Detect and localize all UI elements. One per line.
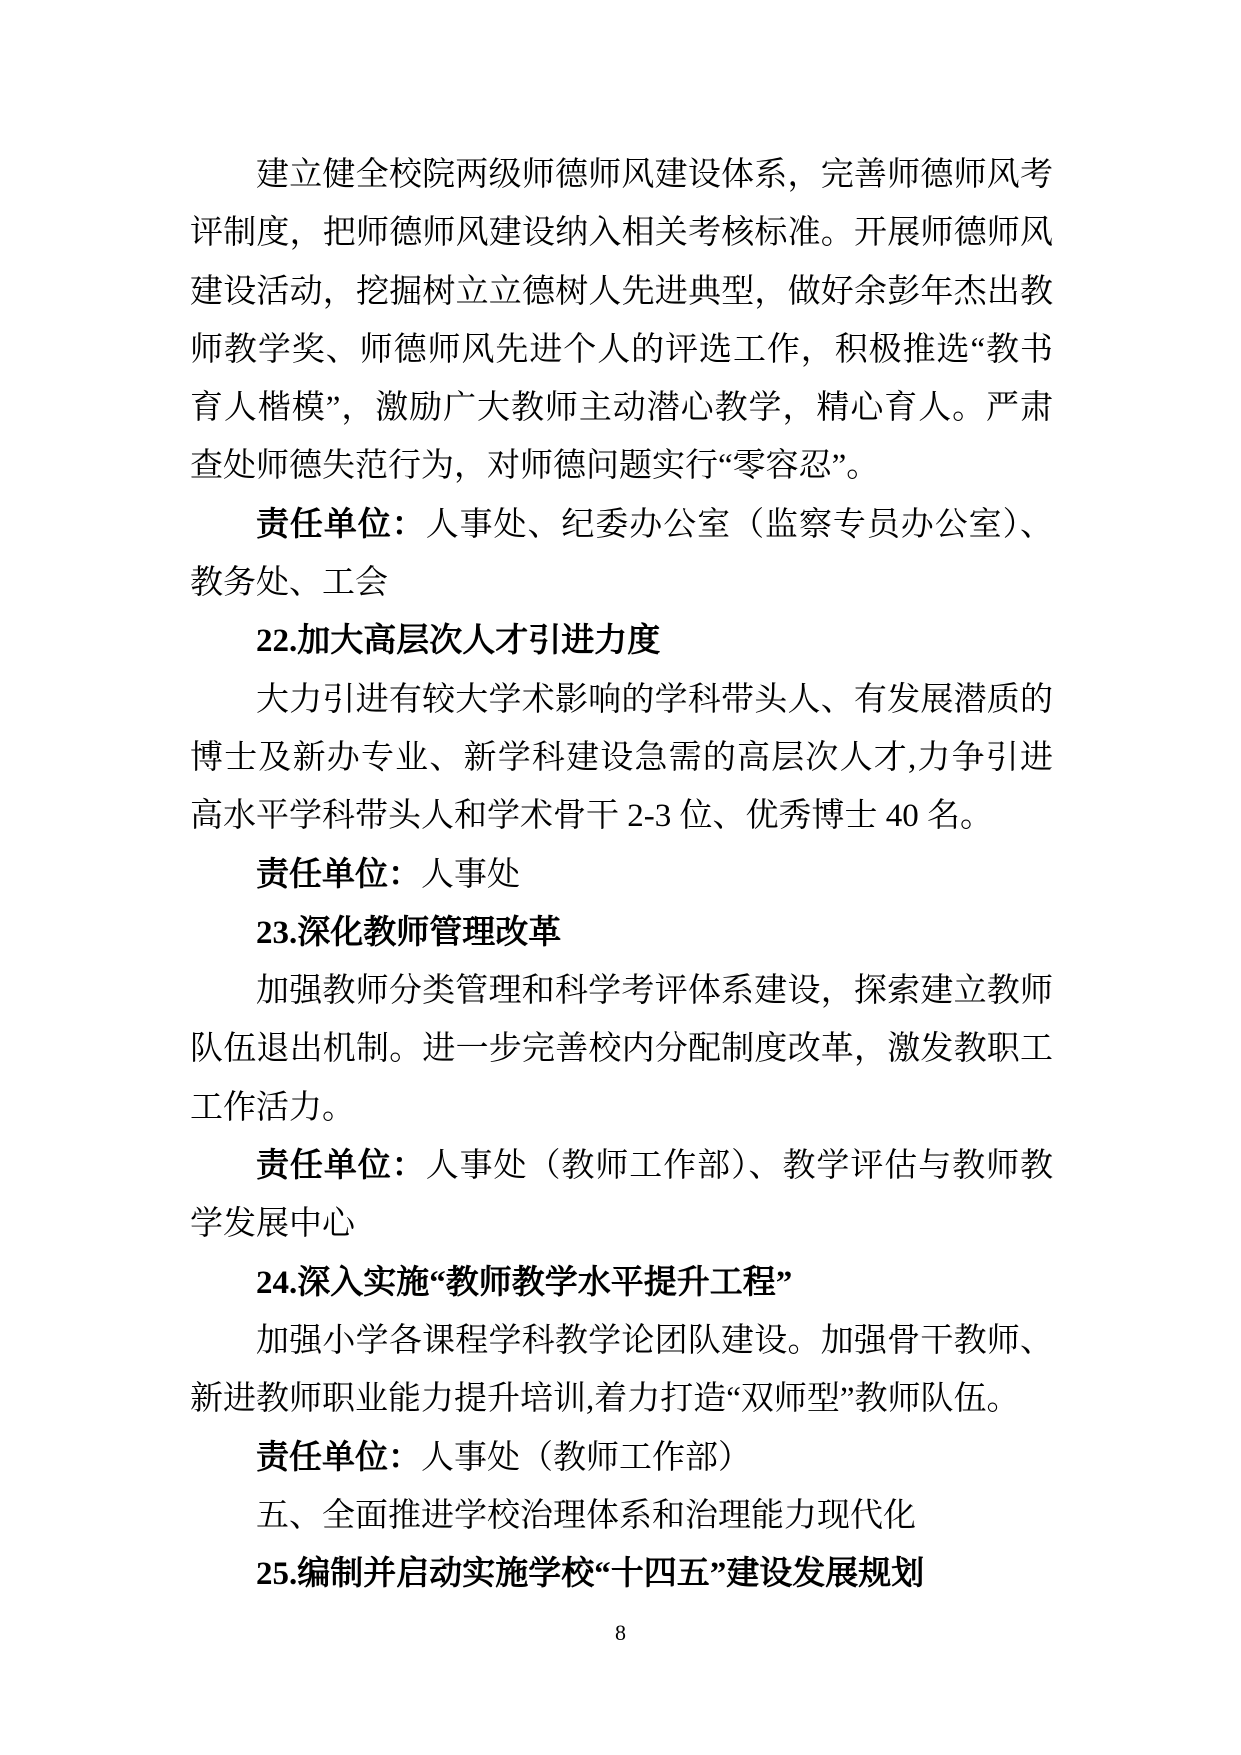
- responsible-unit-line: 责任单位：人事处（教师工作部）、教学评估与教师教: [190, 1137, 1053, 1195]
- page-number: 8: [0, 1618, 1241, 1648]
- responsible-unit-label: 责任单位：: [256, 857, 421, 893]
- body-line: 队伍退出机制。进一步完善校内分配制度改革，激发教职工: [190, 1020, 1053, 1078]
- responsible-unit-line: 责任单位：人事处、纪委办公室（监察专员办公室）、: [190, 496, 1053, 554]
- body-line: 建立健全校院两级师德师风建设体系，完善师德师风考: [190, 146, 1053, 204]
- body-line: 评制度，把师德师风建设纳入相关考核标准。开展师德师风: [190, 204, 1053, 262]
- responsible-unit-continuation: 教务处、工会: [190, 554, 1053, 612]
- body-line: 加强教师分类管理和科学考评体系建设，探索建立教师: [190, 962, 1053, 1020]
- body-line: 查处师德失范行为，对师德问题实行“零容忍”。: [190, 437, 1053, 495]
- heading-item-24: 24.深入实施“教师教学水平提升工程”: [190, 1254, 1053, 1312]
- body-line: 高水平学科带头人和学术骨干 2-3 位、优秀博士 40 名。: [190, 787, 1053, 845]
- responsible-unit-label: 责任单位：: [256, 1148, 426, 1184]
- body-line: 建设活动，挖掘树立立德树人先进典型，做好余彭年杰出教: [190, 263, 1053, 321]
- document-body: 建立健全校院两级师德师风建设体系，完善师德师风考 评制度，把师德师风建设纳入相关…: [190, 146, 1053, 1603]
- responsible-unit-value: 人事处（教师工作部）、教学评估与教师教: [426, 1148, 1053, 1184]
- document-page: 建立健全校院两级师德师风建设体系，完善师德师风考 评制度，把师德师风建设纳入相关…: [0, 0, 1241, 1755]
- body-line: 加强小学各课程学科教学论团队建设。加强骨干教师、: [190, 1312, 1053, 1370]
- responsible-unit-value: 人事处: [421, 857, 520, 893]
- responsible-unit-value: 人事处、纪委办公室（监察专员办公室）、: [426, 507, 1053, 543]
- responsible-unit-continuation: 学发展中心: [190, 1195, 1053, 1253]
- body-line: 新进教师职业能力提升培训,着力打造“双师型”教师队伍。: [190, 1370, 1053, 1428]
- responsible-unit-label: 责任单位：: [256, 507, 426, 543]
- body-line: 育人楷模”，激励广大教师主动潜心教学，精心育人。严肃: [190, 379, 1053, 437]
- body-line: 大力引进有较大学术影响的学科带头人、有发展潜质的: [190, 671, 1053, 729]
- body-line: 博士及新办专业、新学科建设急需的高层次人才,力争引进: [190, 729, 1053, 787]
- heading-item-25: 25.编制并启动实施学校“十四五”建设发展规划: [190, 1545, 1053, 1603]
- responsible-unit-value: 人事处（教师工作部）: [421, 1440, 751, 1476]
- section-heading-5: 五、全面推进学校治理体系和治理能力现代化: [190, 1487, 1053, 1545]
- body-line: 工作活力。: [190, 1079, 1053, 1137]
- heading-item-23: 23.深化教师管理改革: [190, 904, 1053, 962]
- responsible-unit-label: 责任单位：: [256, 1440, 421, 1476]
- heading-item-22: 22.加大高层次人才引进力度: [190, 612, 1053, 670]
- responsible-unit-line: 责任单位：人事处（教师工作部）: [190, 1429, 1053, 1487]
- responsible-unit-line: 责任单位：人事处: [190, 846, 1053, 904]
- body-line: 师教学奖、师德师风先进个人的评选工作，积极推选“教书: [190, 321, 1053, 379]
